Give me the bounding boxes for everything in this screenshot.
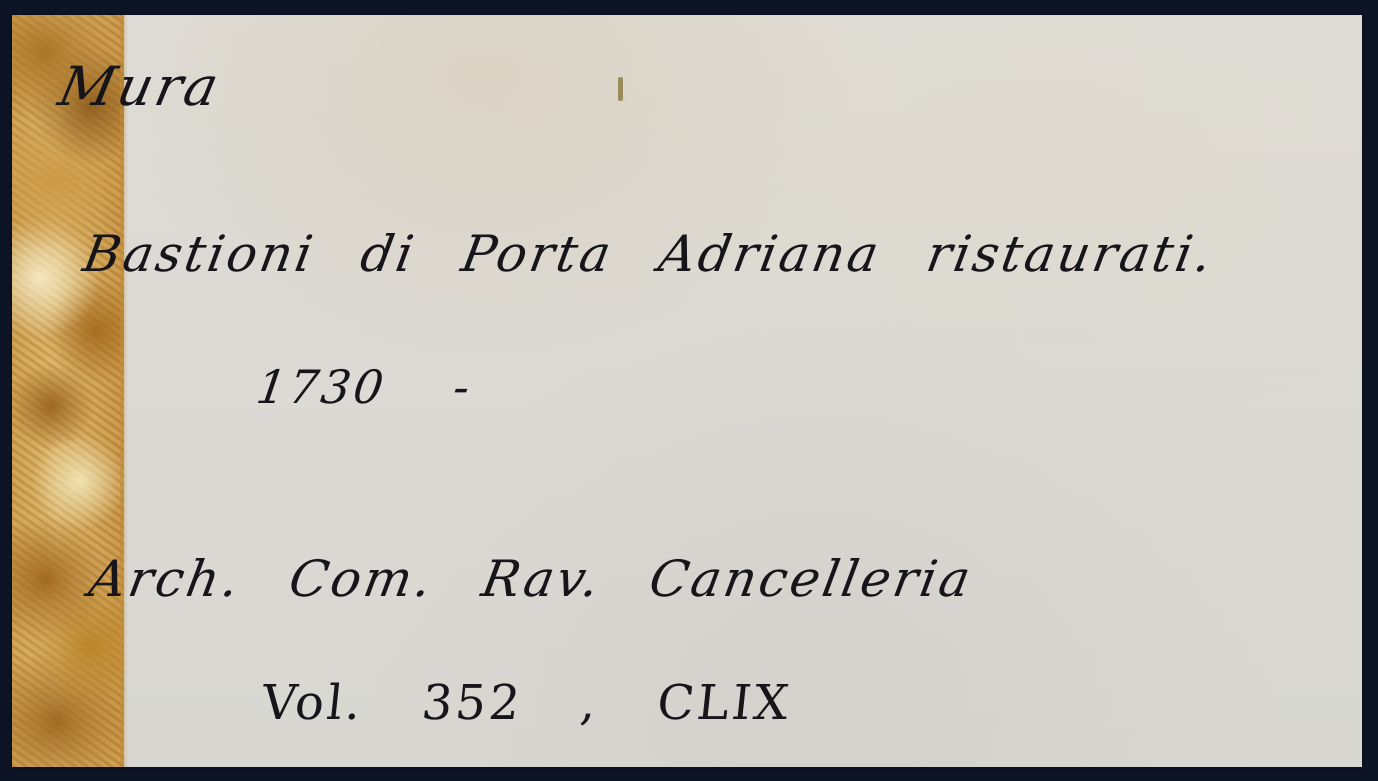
card-volume-reference: Vol. 352 , CLIX [259, 675, 794, 731]
archival-card: Mura Bastioni di Porta Adriana ristaurat… [12, 15, 1362, 767]
card-year: 1730 - [253, 360, 476, 414]
card-subject: Bastioni di Porta Adriana ristaurati. [79, 225, 1219, 283]
card-title: Mura [53, 55, 226, 118]
ink-speck [618, 77, 623, 101]
card-archive-source: Arch. Com. Rav. Cancelleria [85, 550, 978, 608]
rust-stain-strip [12, 15, 124, 767]
